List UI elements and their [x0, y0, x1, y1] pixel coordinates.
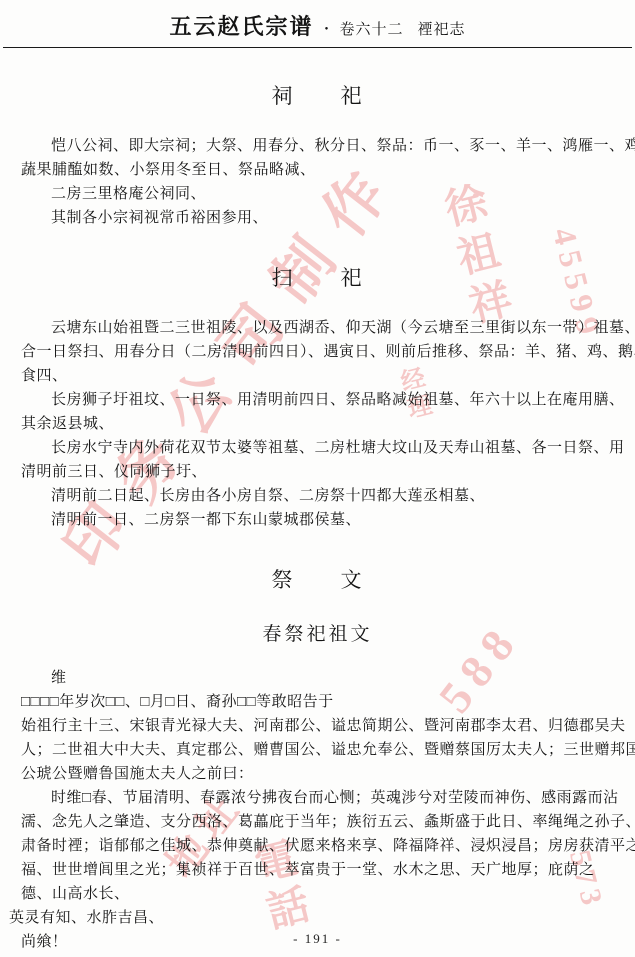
text-line: □□□□年岁次□□、□月□日、裔孙□□等敢昭告于	[21, 690, 614, 714]
text-line: 维	[21, 666, 614, 690]
text-line: 时维□春、节届清明、春露浓兮拂夜台而心恻；英魂涉兮对茔陵而神伤、感雨露而沾	[21, 786, 614, 810]
section-title: 祭 文	[21, 566, 614, 594]
text-line: 清明前三日、仪同狮子圩、	[21, 460, 614, 484]
section-title: 扫 祀	[21, 264, 614, 292]
separator-dot: ・	[319, 23, 333, 38]
text-line: 合一日祭扫、用春分日（二房清明前四日）、遇寅日、则前后推移、祭品：羊、猪、鸡、鹅…	[21, 340, 614, 364]
text-line: 长房水宁寺内外荷花双节太婆等祖墓、二房杜塘大坟山及天寿山祖墓、各一日祭、用	[21, 436, 614, 460]
section-subtitle: 春祭祀祖文	[21, 622, 614, 648]
text-line: 公琥公暨赠鲁国施太夫人之前曰：	[21, 762, 614, 786]
genealogy-page: 印务公司制作徐祖祥45599经理588地址電話573 五云赵氏宗谱・卷六十二禋祀…	[0, 0, 635, 957]
chapter-title: 禋祀志	[418, 22, 466, 38]
text-line: 人；二世祖大中大夫、真定郡公、赠曹国公、谥忠允奉公、暨赠蔡国厉太夫人；三世赠邦国	[21, 738, 614, 762]
volume-label: 卷六十二	[339, 22, 403, 38]
text-line: 长房狮子圩祖坟、一日祭、用清明前四日、祭品略减始祖墓、年六十以上在庵用膳、	[21, 388, 614, 412]
text-line: 二房三里格庵公祠同、	[21, 182, 614, 206]
text-line: 清明前二日起、长房由各小房自祭、二房祭十四都大莲丞相墓、	[21, 484, 614, 508]
text-line: 肃备时禋；诣郁郁之佳城、恭伸奠献、伏愿来格来享、降福降祥、浸炽浸昌；房房获清平之	[21, 834, 614, 858]
page-number: - 191 -	[0, 931, 635, 947]
page-header: 五云赵氏宗谱・卷六十二禋祀志	[0, 0, 635, 41]
text-line: 其余返县城、	[21, 412, 614, 436]
text-line: 其制各小宗祠视常币裕困参用、	[21, 206, 614, 230]
document-body: 祠 祀恺八公祠、即大宗祠；大祭、用春分、秋分日、祭品：币一、豕一、羊一、鸿雁一、…	[0, 82, 635, 954]
text-line: 德、山高水长、	[21, 882, 614, 906]
text-line: 食四、	[21, 364, 614, 388]
text-line: 恺八公祠、即大宗祠；大祭、用春分、秋分日、祭品：币一、豕一、羊一、鸿雁一、鸡三、	[21, 134, 614, 158]
text-line: 英灵有知、水胙吉昌、	[9, 906, 614, 930]
text-line: 濡、念先人之肇造、支分西洛、葛藟庇于当年；族衍五云、螽斯盛于此日、率绳绳之孙子、	[21, 810, 614, 834]
text-line: 蔬果脯醢如数、小祭用冬至日、祭品略减、	[21, 158, 614, 182]
section-title: 祠 祀	[21, 82, 614, 110]
text-line: 云塘东山始祖暨二三世祖陵、以及西湖岙、仰天湖（今云塘至三里街以东一带）祖墓、	[21, 316, 614, 340]
text-line: 清明前一日、二房祭一都下东山蒙城郡侯墓、	[21, 508, 614, 532]
text-line: 始祖行主十三、宋银青光禄大夫、河南郡公、谥忠简期公、暨河南郡李太君、归德郡吴夫	[21, 714, 614, 738]
text-line: 福、世世增闾里之光；集祯祥于百世、萃富贵于一堂、水木之思、天广地厚；庇荫之	[21, 858, 614, 882]
header-divider	[3, 47, 632, 48]
book-title: 五云赵氏宗谱	[169, 14, 313, 39]
